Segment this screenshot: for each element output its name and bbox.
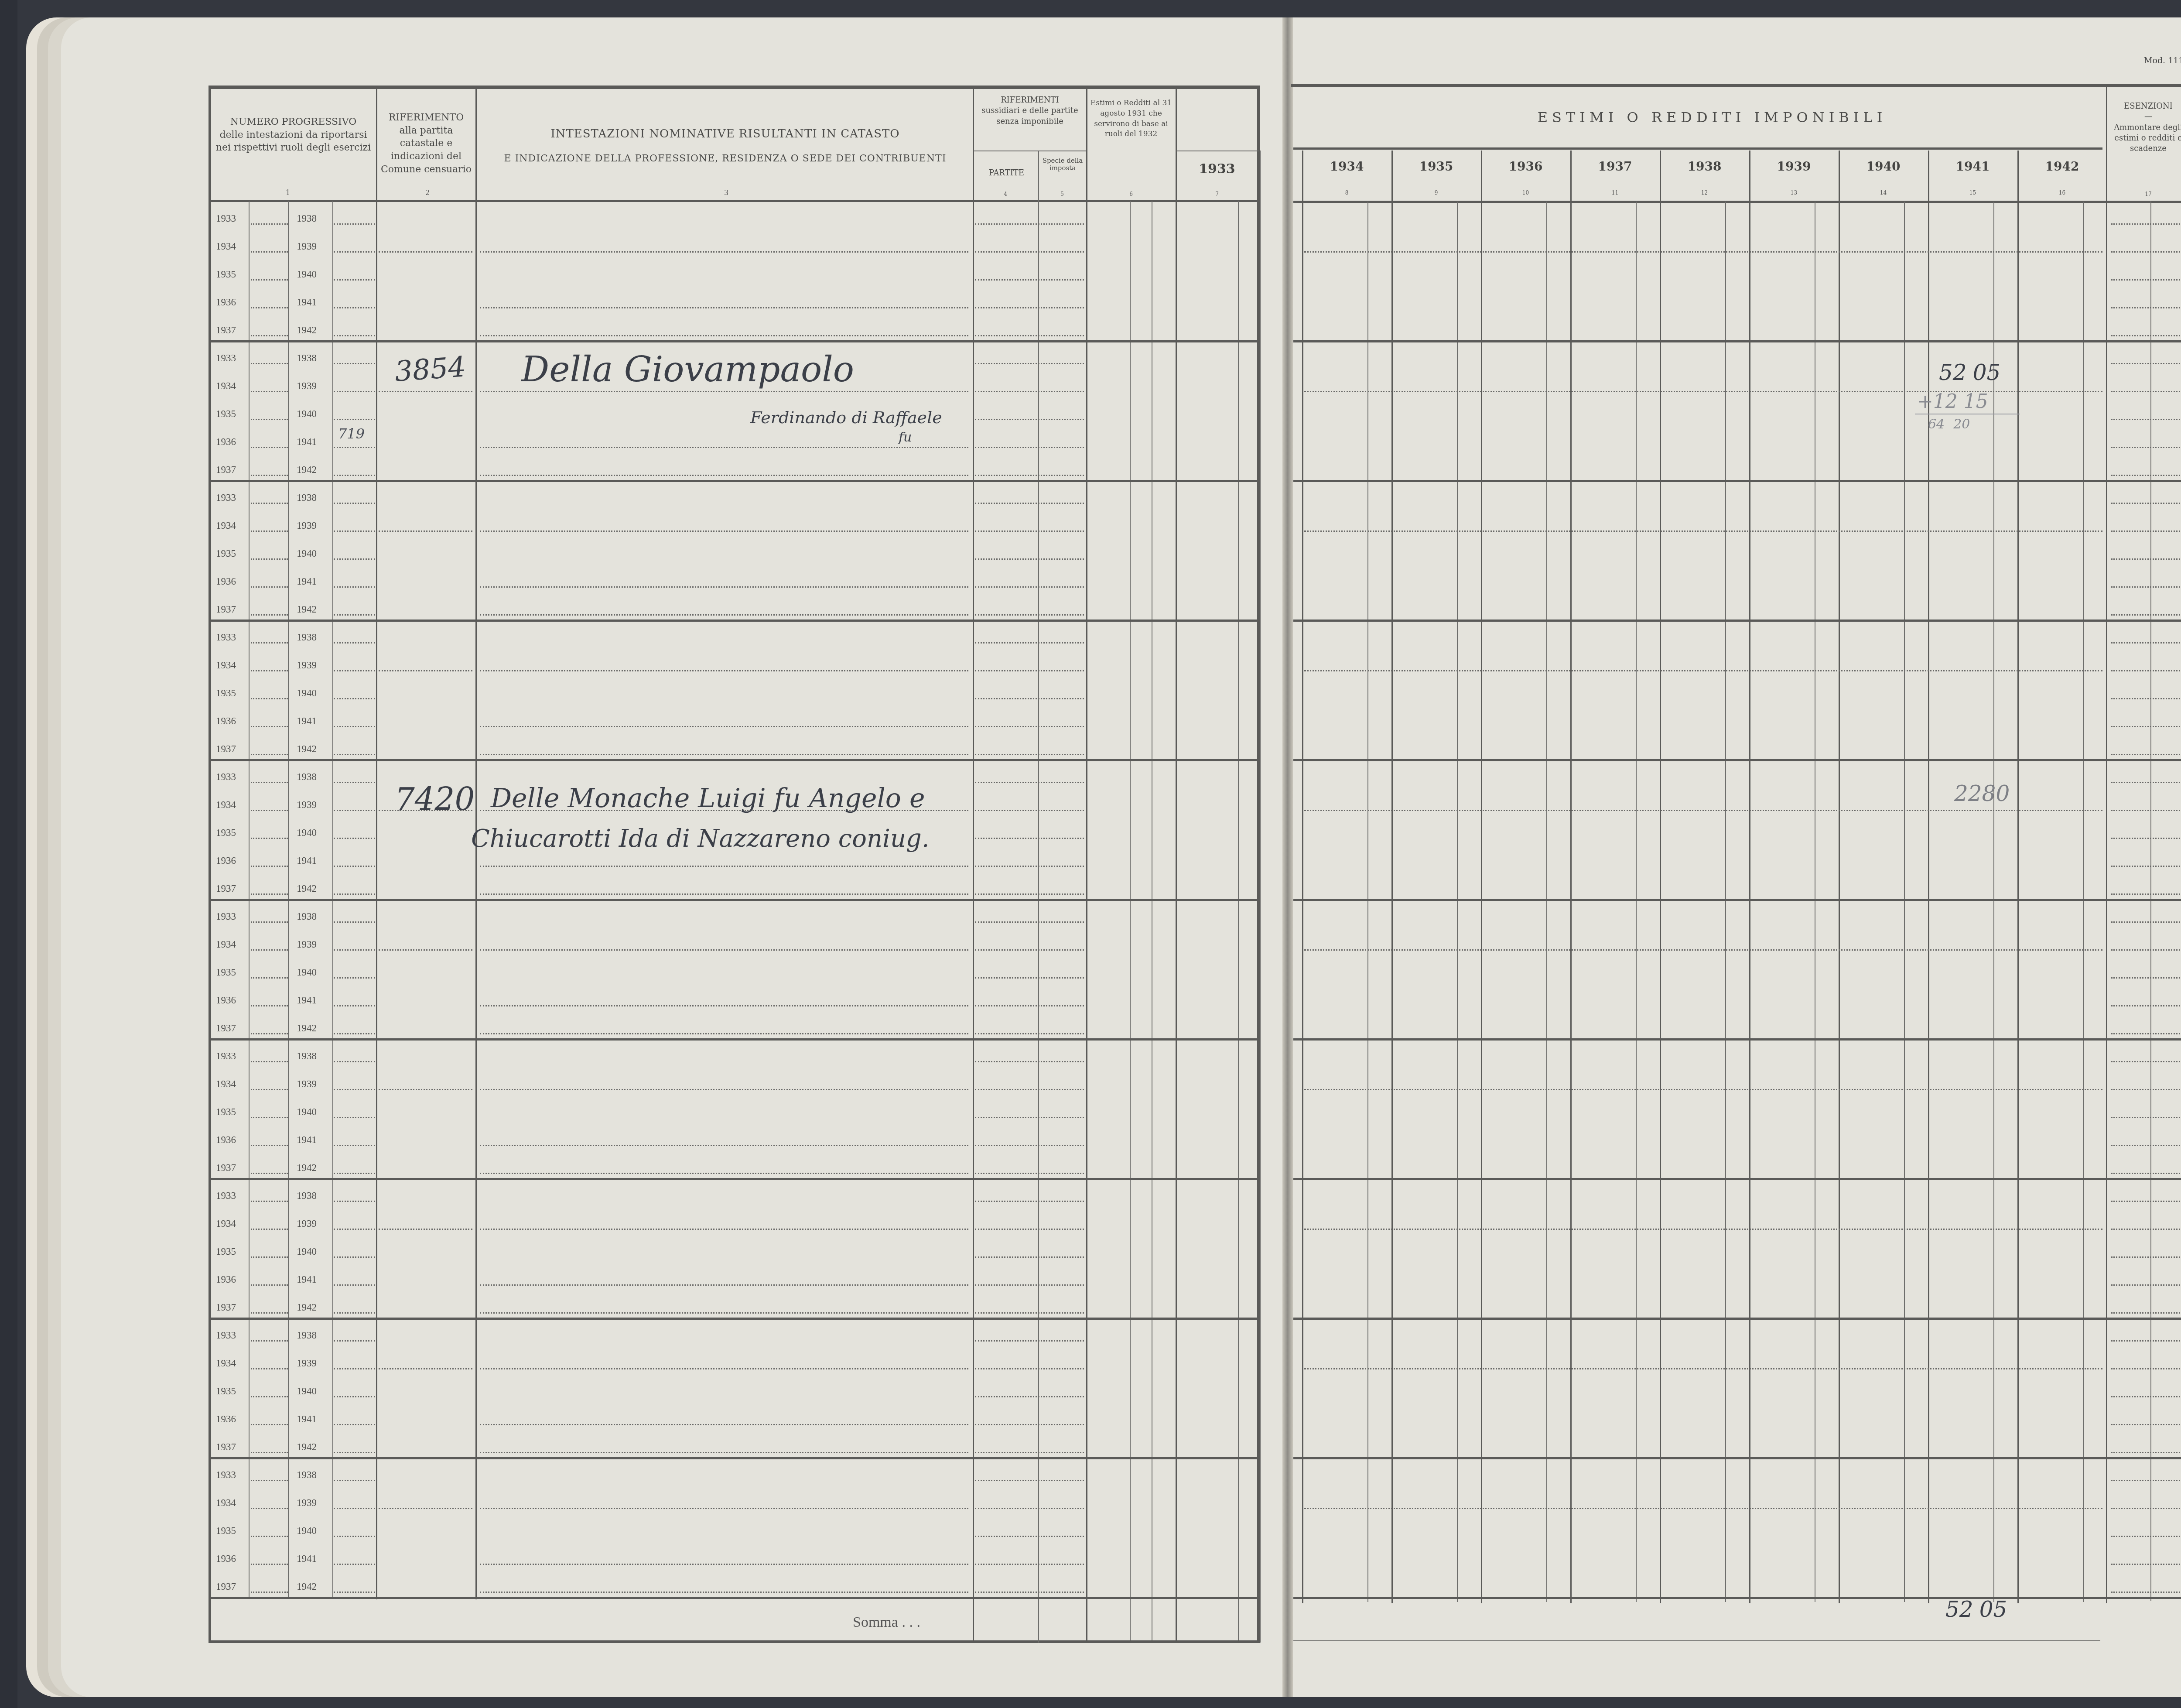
dotted-rule (334, 921, 375, 923)
dotted-rule (334, 1256, 375, 1258)
year-label: 1941 (297, 995, 317, 1006)
header-specie: Specie della imposta (1040, 157, 1085, 172)
dotted-rule (251, 698, 288, 699)
year-label: 1936 (216, 855, 236, 866)
entry-name-detail: Ferdinando di Raffaele (750, 408, 942, 427)
dotted-rule (251, 223, 288, 225)
esenzioni-dotted-rule (2111, 1508, 2181, 1509)
partita-line (379, 1368, 472, 1369)
header-year: 1937 (1570, 159, 1660, 174)
year-label: 1933 (216, 1469, 236, 1481)
dotted-rule (975, 419, 1084, 420)
year-label: 1940 (297, 967, 317, 978)
partita-line (379, 251, 472, 253)
col-divider (376, 86, 377, 1599)
header-riferimento: RIFERIMENTO alla partita catastale e ind… (379, 111, 474, 176)
dotted-rule (975, 642, 1084, 643)
year-label: 1937 (216, 1581, 236, 1592)
esenzioni-dotted-rule (2111, 1089, 2181, 1090)
esenzioni-dotted-rule (2111, 475, 2181, 476)
year-label: 1934 (216, 241, 236, 252)
cent-column-divider (1367, 202, 1368, 1602)
dotted-rule (334, 363, 375, 364)
dotted-rule (334, 1564, 375, 1565)
dotted-rule (975, 1145, 1084, 1146)
entry-margin-note: 719 (338, 425, 365, 442)
value-cent: 05 (1973, 360, 2001, 385)
year-label: 1937 (216, 1162, 236, 1174)
name-line (480, 1005, 968, 1006)
dotted-rule (334, 531, 375, 532)
year-label: 1934 (216, 660, 236, 671)
dotted-rule (334, 642, 375, 643)
dotted-rule (975, 921, 1084, 923)
name-line (480, 335, 968, 336)
year-label: 1937 (216, 1302, 236, 1313)
partita-line (379, 531, 472, 532)
dotted-rule (251, 503, 288, 504)
dotted-rule (251, 949, 288, 951)
somma-value: 5205 (1945, 1597, 2007, 1622)
dotted-rule (334, 866, 375, 867)
year-label: 1937 (216, 743, 236, 755)
year-label: 1940 (297, 1525, 317, 1537)
dotted-rule (251, 419, 288, 420)
block-rule (209, 1178, 1260, 1180)
dotted-rule (251, 642, 288, 643)
dotted-rule (251, 1173, 288, 1174)
year-label: 1942 (297, 464, 317, 476)
dotted-rule (334, 1173, 375, 1174)
esenzioni-dotted-rule (2111, 1368, 2181, 1369)
cent-column-divider (1457, 202, 1458, 1602)
block-rule (1293, 1318, 2181, 1320)
header-year: 1935 (1391, 159, 1481, 174)
col-divider (1038, 151, 1039, 1643)
name-line (480, 614, 968, 616)
dotted-rule (975, 475, 1084, 476)
name-line (480, 1312, 968, 1314)
header-year: 1942 (2017, 159, 2107, 174)
year-label: 1941 (297, 1553, 317, 1564)
header-title: RIFERIMENTI (975, 95, 1085, 106)
values-dotted-rule (1304, 1089, 2102, 1090)
year-label: 1933 (216, 1051, 236, 1062)
year-label: 1940 (297, 548, 317, 559)
esenzioni-dotted-rule (2111, 782, 2181, 783)
left-header-rule (209, 200, 1260, 202)
name-line (480, 726, 968, 727)
esenzioni-dotted-rule (2111, 531, 2181, 532)
esenzioni-dotted-rule (2111, 1229, 2181, 1230)
values-dotted-rule (1304, 251, 2102, 253)
year-column-divider (1570, 151, 1572, 1603)
column-number: 11 (1609, 190, 1622, 196)
dotted-rule (975, 1117, 1084, 1118)
dotted-rule (975, 1368, 1084, 1369)
dotted-rule (251, 670, 288, 671)
header-year-1933: 1933 (1178, 161, 1256, 177)
block-rule (209, 340, 1260, 342)
partita-line (379, 1229, 472, 1230)
dotted-rule (334, 1396, 375, 1397)
dotted-rule (251, 977, 288, 979)
header-subtitle: Ammontare degli estimi o redditi e scade… (2108, 123, 2181, 154)
name-line (480, 1173, 968, 1174)
value-total: 6420 (1928, 417, 1970, 432)
dotted-rule (334, 670, 375, 671)
year-label: 1940 (297, 1106, 317, 1118)
year-label: 1936 (216, 715, 236, 727)
name-line (480, 866, 968, 867)
dotted-rule (975, 726, 1084, 727)
esenzioni-dotted-rule (2111, 1201, 2181, 1202)
esenzioni-dotted-rule (2111, 1592, 2181, 1593)
dotted-rule (334, 558, 375, 560)
year-label: 1934 (216, 1358, 236, 1369)
year-label: 1936 (216, 436, 236, 448)
column-number: 9 (1430, 190, 1443, 196)
dotted-rule (334, 419, 375, 420)
esenzioni-dotted-rule (2111, 1564, 2181, 1565)
column-number: 10 (1519, 190, 1532, 196)
dotted-rule (975, 531, 1084, 532)
value-lire: +12 (1917, 390, 1958, 413)
header-title: NUMERO PROGRESSIVO (214, 116, 373, 129)
name-line (480, 1229, 968, 1230)
dotted-rule (334, 1284, 375, 1286)
header-numero-progressivo: NUMERO PROGRESSIVO delle intestazioni da… (214, 116, 373, 154)
right-somma-rule (1293, 1597, 2181, 1599)
value-addition: +1215 (1917, 390, 1988, 413)
year-label: 1937 (216, 325, 236, 336)
dotted-rule (334, 949, 375, 951)
esenzioni-dotted-rule (2111, 1173, 2181, 1174)
column-number: 1 (279, 188, 297, 197)
dotted-rule (251, 1033, 288, 1034)
column-number: 13 (1788, 190, 1801, 196)
dotted-rule (251, 1508, 288, 1509)
esenzioni-dotted-rule (2111, 642, 2181, 643)
dotted-rule (975, 1061, 1084, 1062)
dotted-rule (334, 893, 375, 895)
dotted-rule (975, 363, 1084, 364)
esenzioni-dotted-rule (2111, 391, 2181, 392)
year-label: 1933 (216, 911, 236, 922)
block-rule (209, 1457, 1260, 1459)
year-label: 1940 (297, 269, 317, 280)
name-line (480, 391, 968, 392)
esenzioni-dotted-rule (2111, 614, 2181, 616)
block-rule (209, 1318, 1260, 1320)
dotted-rule (975, 698, 1084, 699)
year-label: 1941 (297, 436, 317, 448)
year-label: 1941 (297, 855, 317, 866)
year-label: 1936 (216, 576, 236, 587)
esenzioni-dotted-rule (2111, 1117, 2181, 1118)
dotted-rule (975, 307, 1084, 308)
year-label: 1935 (216, 827, 236, 839)
dotted-rule (334, 1089, 375, 1090)
esenzioni-dotted-rule (2111, 1284, 2181, 1286)
dotted-rule (975, 782, 1084, 783)
block-rule (209, 620, 1260, 622)
dotted-rule (251, 921, 288, 923)
year-label: 1939 (297, 380, 317, 392)
dotted-rule (334, 1508, 375, 1509)
dotted-rule (334, 223, 375, 225)
year-label: 1939 (297, 1497, 317, 1509)
year-label: 1938 (297, 1469, 317, 1481)
esenzioni-dotted-rule (2111, 1145, 2181, 1146)
year-label: 1939 (297, 1078, 317, 1090)
dotted-rule (251, 1061, 288, 1062)
dotted-rule (251, 838, 288, 839)
header-intestazioni: INTESTAZIONI NOMINATIVE RISULTANTI IN CA… (480, 127, 971, 165)
values-dotted-rule (1304, 1368, 2102, 1369)
dotted-rule (334, 1312, 375, 1314)
year-label: 1939 (297, 799, 317, 811)
year-label: 1933 (216, 213, 236, 224)
dotted-rule (975, 586, 1084, 588)
col-divider (1260, 151, 1261, 1643)
header-subtitle: E INDICAZIONE DELLA PROFESSIONE, RESIDEN… (480, 152, 971, 165)
esenzioni-dotted-rule (2111, 223, 2181, 225)
name-line (480, 754, 968, 755)
dotted-rule (975, 1424, 1084, 1425)
year-label: 1940 (297, 1246, 317, 1257)
esenzioni-dotted-rule (2111, 893, 2181, 895)
year-label: 1941 (297, 1274, 317, 1285)
dotted-rule (251, 1284, 288, 1286)
entry-name-detail: Chiucarotti Ida di Nazzareno coniug. (471, 825, 930, 853)
header-year: 1940 (1839, 159, 1928, 174)
dotted-rule (975, 1396, 1084, 1397)
esenzioni-dotted-rule (2111, 1452, 2181, 1453)
year-label: 1933 (216, 492, 236, 503)
esenzioni-dotted-rule (2111, 1424, 2181, 1425)
dotted-rule (251, 1592, 288, 1593)
esenzioni-dotted-rule (2111, 921, 2181, 923)
dotted-rule (975, 977, 1084, 979)
year-label: 1935 (216, 548, 236, 559)
dotted-rule (975, 1480, 1084, 1481)
column-number: 3 (718, 188, 735, 197)
value-cent: 15 (1964, 390, 1988, 413)
block-rule (1293, 759, 2181, 761)
dotted-rule (334, 782, 375, 783)
dotted-rule (975, 1173, 1084, 1174)
year-label: 1938 (297, 353, 317, 364)
esenzioni-dotted-rule (2111, 1536, 2181, 1537)
col-divider (1086, 86, 1087, 1643)
dotted-rule (251, 1480, 288, 1481)
name-line (480, 586, 968, 588)
year-label: 1937 (216, 883, 236, 894)
dotted-rule (334, 1452, 375, 1453)
rif-subrule (974, 151, 1086, 151)
block-rule (1293, 1457, 2181, 1459)
year-label: 1938 (297, 1190, 317, 1201)
block-rule (1293, 899, 2181, 901)
column-number: 12 (1698, 190, 1711, 196)
year-label: 1939 (297, 660, 317, 671)
dotted-rule (334, 586, 375, 588)
dotted-rule (334, 1201, 375, 1202)
year-label: 1942 (297, 1162, 317, 1174)
form-model-title: Mod. 111 - Imposte Dirette (Intercalare, (2144, 56, 2181, 65)
esenzioni-dotted-rule (2111, 586, 2181, 588)
year-label: 1936 (216, 995, 236, 1006)
esenzioni-dotted-rule (2111, 363, 2181, 364)
column-number: 4 (999, 191, 1012, 197)
dotted-rule (251, 1089, 288, 1090)
name-line (480, 893, 968, 895)
dotted-rule (975, 1340, 1084, 1342)
year-label: 1942 (297, 1581, 317, 1592)
esenzioni-dotted-rule (2111, 670, 2181, 671)
year-label: 1941 (297, 297, 317, 308)
year-label: 1935 (216, 269, 236, 280)
year-label: 1934 (216, 380, 236, 392)
dotted-rule (334, 838, 375, 839)
dotted-rule (334, 1117, 375, 1118)
dotted-rule (334, 754, 375, 755)
dotted-rule (251, 1340, 288, 1342)
dotted-rule (334, 1424, 375, 1425)
dotted-rule (251, 614, 288, 616)
year-label: 1940 (297, 688, 317, 699)
dotted-rule (334, 810, 375, 811)
dotted-rule (334, 1480, 375, 1481)
dotted-rule (251, 363, 288, 364)
partita-line (379, 391, 472, 392)
dotted-rule (975, 670, 1084, 671)
dotted-rule (975, 1592, 1084, 1593)
values-dotted-rule (1304, 531, 2102, 532)
partita-line (379, 670, 472, 671)
year-label: 1937 (216, 1023, 236, 1034)
column-number: 8 (1340, 190, 1354, 196)
dotted-rule (975, 838, 1084, 839)
block-rule (209, 759, 1260, 761)
header-title: RIFERIMENTO (379, 111, 474, 124)
name-line (480, 1284, 968, 1286)
year-label: 1933 (216, 1330, 236, 1341)
column-number: 2 (419, 188, 436, 197)
entry-partita-number: 7420 (395, 781, 475, 818)
header-year: 1941 (1928, 159, 2017, 174)
dotted-rule (251, 558, 288, 560)
year-label: 1938 (297, 911, 317, 922)
cent-column-divider (1904, 202, 1905, 1602)
col-divider (2150, 201, 2151, 1601)
left-table-frame (209, 86, 1260, 1643)
year-label: 1939 (297, 939, 317, 950)
block-rule (209, 1038, 1260, 1041)
dotted-rule (251, 1424, 288, 1425)
year-label: 1933 (216, 632, 236, 643)
year-column-divider (1302, 151, 1303, 1603)
year-label: 1936 (216, 297, 236, 308)
dotted-rule (251, 1536, 288, 1537)
dotted-rule (975, 1284, 1084, 1286)
somma-rule (209, 1597, 1260, 1599)
dotted-rule (251, 1201, 288, 1202)
dotted-rule (975, 1229, 1084, 1230)
year-label: 1939 (297, 1218, 317, 1229)
name-line (480, 1033, 968, 1034)
entry-name: Della Giovampaolo (521, 349, 854, 390)
year-label: 1934 (216, 799, 236, 811)
year-label: 1938 (297, 1051, 317, 1062)
dotted-rule (251, 1117, 288, 1118)
dotted-rule (334, 475, 375, 476)
year-label: 1942 (297, 743, 317, 755)
column-number: 7 (1210, 191, 1224, 197)
esenzioni-dotted-rule (2111, 866, 2181, 867)
esenzioni-dotted-rule (2111, 279, 2181, 281)
dotted-rule (334, 1340, 375, 1342)
values-dotted-rule (1304, 810, 2102, 811)
year-label: 1941 (297, 715, 317, 727)
dotted-rule (251, 586, 288, 588)
dotted-rule (975, 223, 1084, 225)
dotted-rule (334, 307, 375, 308)
block-rule (209, 899, 1260, 901)
values-dotted-rule (1304, 1508, 2102, 1509)
year-label: 1934 (216, 939, 236, 950)
dotted-rule (334, 1229, 375, 1230)
name-line (480, 670, 968, 671)
dotted-rule (975, 810, 1084, 811)
header-estimi-1931: Estimi o Redditi al 31 agosto 1931 che s… (1088, 98, 1174, 140)
column-number: 16 (2056, 190, 2069, 196)
dotted-rule (251, 726, 288, 727)
dotted-rule (251, 1564, 288, 1565)
year-label: 1942 (297, 604, 317, 615)
value-lire: 52 (1945, 1597, 1973, 1622)
dotted-rule (334, 698, 375, 699)
esenzioni-dotted-rule (2111, 810, 2181, 811)
year-label: 1938 (297, 492, 317, 503)
col-divider (1176, 86, 1177, 1643)
esenzioni-dotted-rule (2111, 754, 2181, 755)
year-label: 1937 (216, 604, 236, 615)
dotted-rule (975, 1201, 1084, 1202)
year-label: 1940 (297, 1386, 317, 1397)
dotted-rule (334, 503, 375, 504)
dotted-rule (251, 866, 288, 867)
cent-column-divider (1636, 202, 1637, 1602)
name-line (480, 475, 968, 476)
name-line (480, 1089, 968, 1090)
dotted-rule (251, 251, 288, 253)
dotted-rule (975, 1033, 1084, 1034)
year-label: 1933 (216, 353, 236, 364)
dotted-rule (251, 754, 288, 755)
header-subtitle: alla partita catastale e indicazioni del… (379, 124, 474, 176)
name-line (480, 447, 968, 448)
name-line (480, 1508, 968, 1509)
value-cent: 05 (1979, 1597, 2007, 1622)
esenzioni-dotted-rule (2111, 977, 2181, 979)
dotted-rule (334, 1033, 375, 1034)
dotted-rule (334, 1368, 375, 1369)
partita-line (379, 949, 472, 951)
dotted-rule (334, 1536, 375, 1537)
year-label: 1941 (297, 1414, 317, 1425)
